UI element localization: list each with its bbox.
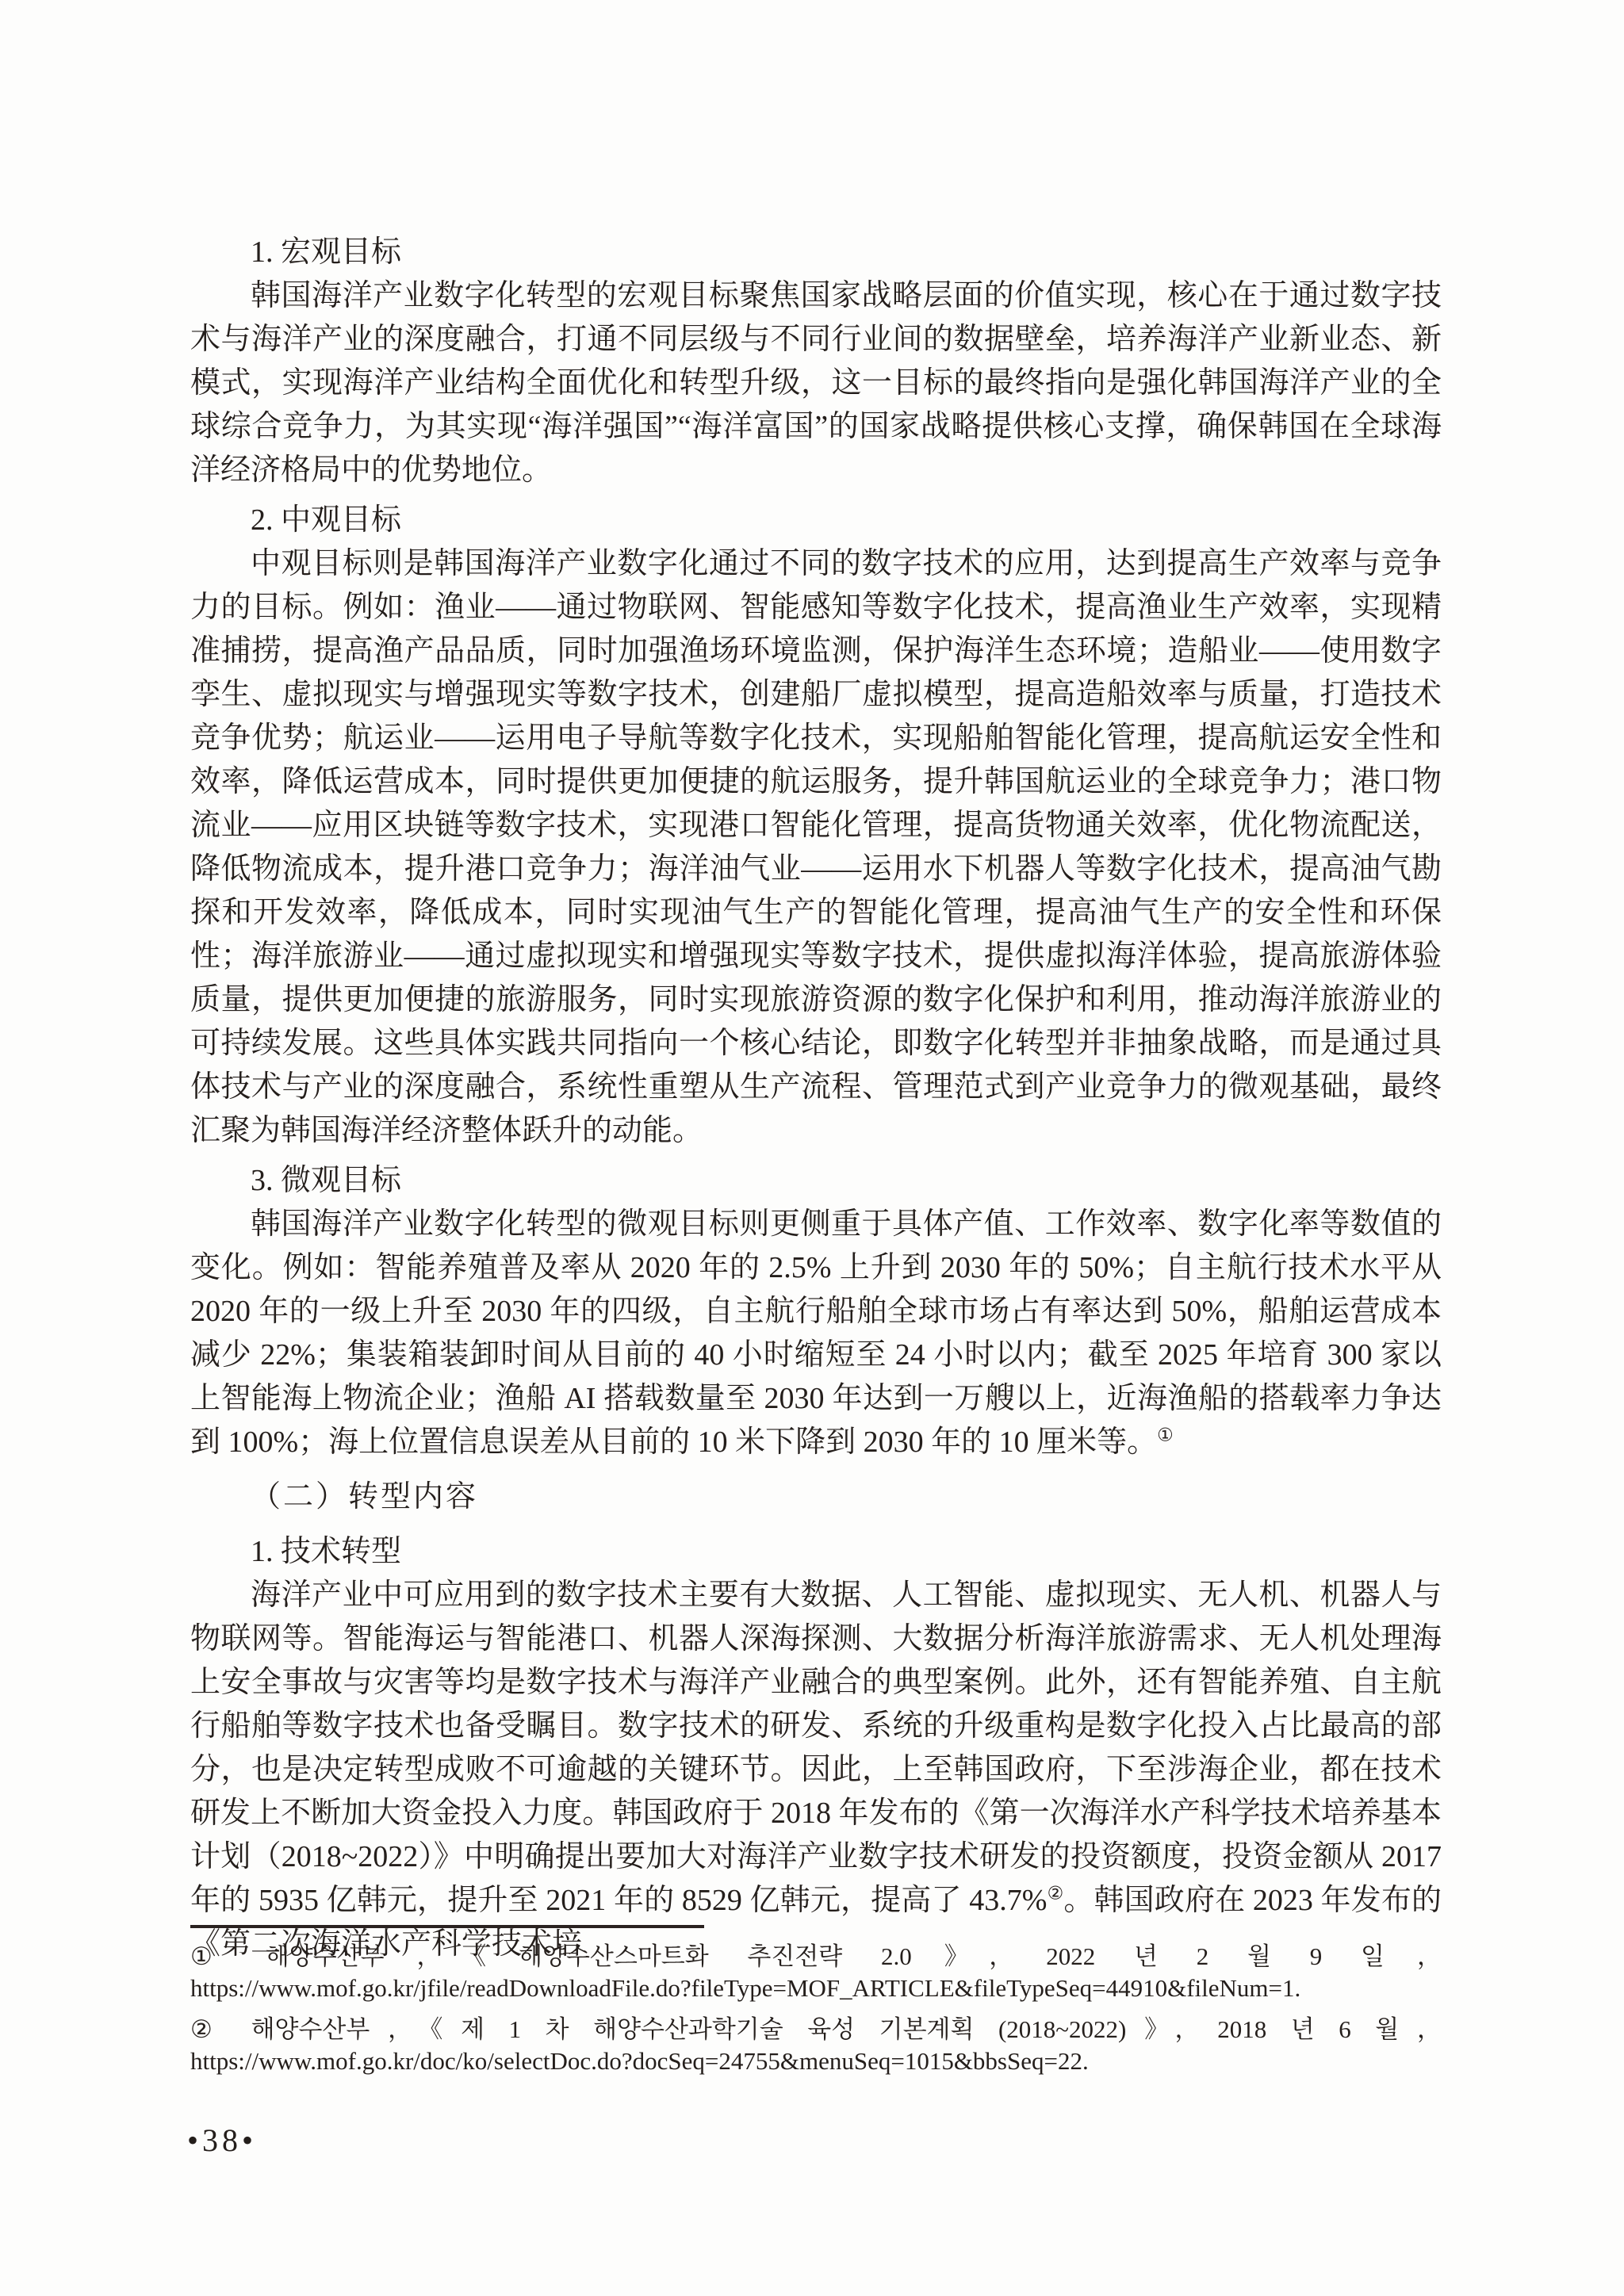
heading-tech-transformation: 1. 技术转型 bbox=[190, 1530, 1442, 1574]
document-page: 1. 宏观目标 韩国海洋产业数字化转型的宏观目标聚焦国家战略层面的价值实现，核心… bbox=[0, 0, 1624, 2296]
paragraph-macro-goals: 韩国海洋产业数字化转型的宏观目标聚焦国家战略层面的价值实现，核心在于通过数字技术… bbox=[190, 274, 1442, 492]
footnote-2-text: 해양수산부，《제 1 차 해양수산과학기술 육성 기본계획 (2018~2022… bbox=[190, 2015, 1442, 2075]
paragraph-meso-goals: 中观目标则是韩国海洋产业数字化通过不同的数字技术的应用，达到提高生产效率与竞争力… bbox=[190, 542, 1442, 1153]
page-number: •38• bbox=[187, 2122, 257, 2159]
footnote-1: ①해양수산부，《해양수산스마트화 추진전략 2.0》，2022 년 2 월 9 … bbox=[190, 1941, 1442, 2004]
paragraph-tech-text-a: 海洋产业中可应用到的数字技术主要有大数据、人工智能、虚拟现实、无人机、机器人与物… bbox=[190, 1578, 1442, 1917]
footnote-divider bbox=[190, 1925, 704, 1928]
paragraph-tech-transformation: 海洋产业中可应用到的数字技术主要有大数据、人工智能、虚拟现实、无人机、机器人与物… bbox=[190, 1574, 1442, 1966]
footnote-1-marker: ① bbox=[190, 1942, 266, 1970]
page-body-text: 1. 宏观目标 韩国海洋产业数字化转型的宏观目标聚焦国家战略层面的价值实现，核心… bbox=[190, 224, 1442, 1966]
footnote-ref-1: ① bbox=[1157, 1425, 1174, 1445]
footnote-area: ①해양수산부，《해양수산스마트화 추진전략 2.0》，2022 년 2 월 9 … bbox=[190, 1925, 1442, 2087]
paragraph-micro-text: 韩国海洋产业数字化转型的微观目标则更侧重于具体产值、工作效率、数字化率等数值的变… bbox=[190, 1207, 1442, 1459]
heading-transformation-content: （二）转型内容 bbox=[190, 1475, 1442, 1519]
paragraph-micro-goals: 韩国海洋产业数字化转型的微观目标则更侧重于具体产值、工作效率、数字化率等数值的变… bbox=[190, 1203, 1442, 1464]
footnote-2: ②해양수산부，《제 1 차 해양수산과학기술 육성 기본계획 (2018~202… bbox=[190, 2014, 1442, 2077]
footnote-1-text: 해양수산부，《해양수산스마트화 추진전략 2.0》，2022 년 2 월 9 일… bbox=[190, 1942, 1442, 2002]
heading-macro-goals: 1. 宏观目标 bbox=[190, 231, 1442, 274]
heading-meso-goals: 2. 中观目标 bbox=[190, 499, 1442, 542]
heading-micro-goals: 3. 微观目标 bbox=[190, 1159, 1442, 1203]
footnote-ref-2: ② bbox=[1047, 1883, 1063, 1903]
footnote-2-marker: ② bbox=[190, 2015, 251, 2043]
